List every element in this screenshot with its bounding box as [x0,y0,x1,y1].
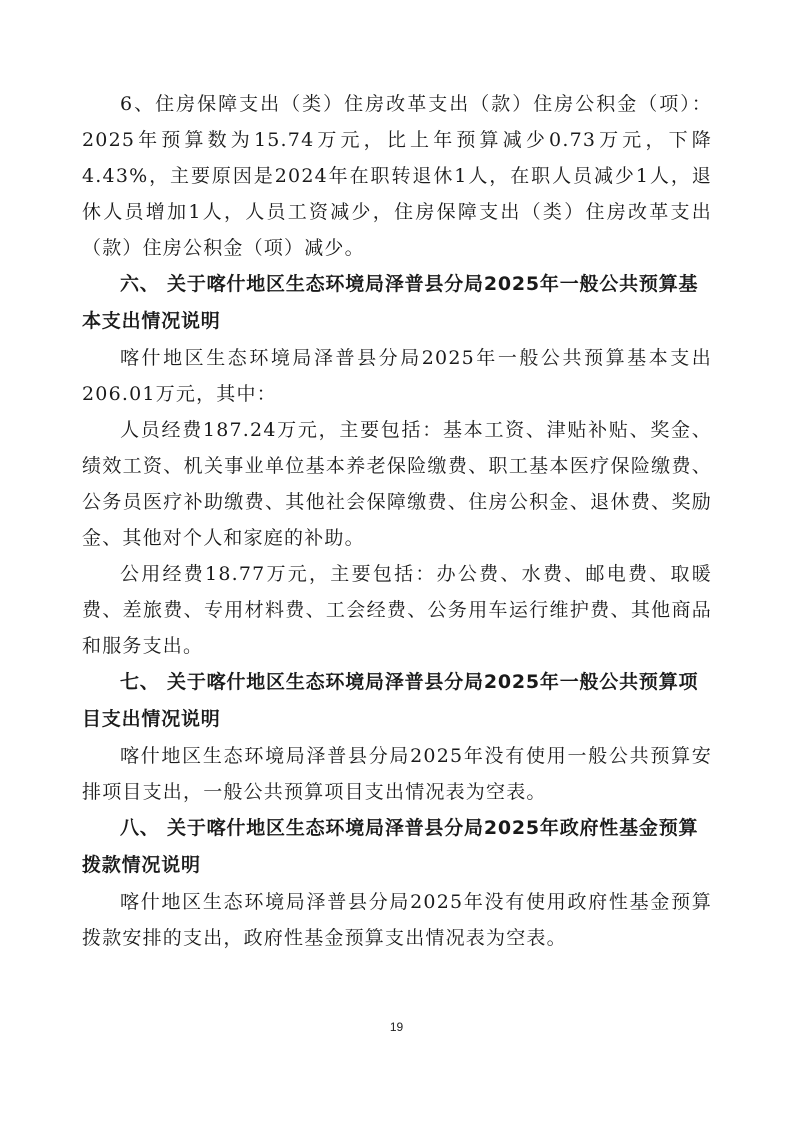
document-body: 6、住房保障支出（类）住房改革支出（款）住房公积金（项）：2025年预算数为15… [82,86,712,956]
page-number: 19 [0,1020,793,1034]
paragraph-housing-fund: 6、住房保障支出（类）住房改革支出（款）住房公积金（项）：2025年预算数为15… [82,86,712,266]
paragraph-personnel-funds: 人员经费187.24万元，主要包括：基本工资、津贴补贴、奖金、绩效工资、机关事业… [82,412,712,556]
paragraph-project-expenditure: 喀什地区生态环境局泽普县分局2025年没有使用一般公共预算安排项目支出，一般公共… [82,738,712,810]
section-heading-8: 八、 关于喀什地区生态环境局泽普县分局2025年政府性基金预算拨款情况说明 [82,810,712,884]
paragraph-basic-expenditure: 喀什地区生态环境局泽普县分局2025年一般公共预算基本支出206.01万元，其中… [82,340,712,412]
section-heading-7: 七、 关于喀什地区生态环境局泽普县分局2025年一般公共预算项目支出情况说明 [82,664,712,738]
document-page: 6、住房保障支出（类）住房改革支出（款）住房公积金（项）：2025年预算数为15… [0,0,793,1122]
paragraph-public-funds: 公用经费18.77万元，主要包括：办公费、水费、邮电费、取暖费、差旅费、专用材料… [82,556,712,664]
paragraph-government-fund: 喀什地区生态环境局泽普县分局2025年没有使用政府性基金预算拨款安排的支出，政府… [82,884,712,956]
section-heading-6: 六、 关于喀什地区生态环境局泽普县分局2025年一般公共预算基本支出情况说明 [82,266,712,340]
